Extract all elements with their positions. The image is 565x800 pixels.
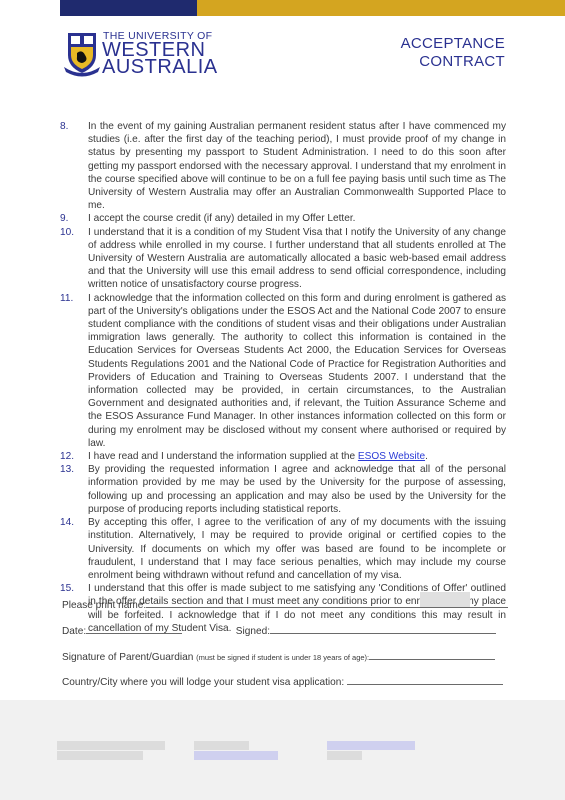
- footer-email: [redacted] [redacted]: [327, 741, 415, 761]
- clause-text: In the event of my gaining Australian pe…: [88, 120, 506, 212]
- guardian-label: Signature of Parent/Guardian: [62, 652, 193, 663]
- visa-lodge-row: Country/City where you will lodge your s…: [62, 674, 503, 688]
- document-title-line2: CONTRACT: [401, 53, 505, 71]
- footer-address-line2: [redacted]: [57, 751, 143, 760]
- signed-label: Signed:: [236, 626, 270, 637]
- clause-10: 10. I understand that it is a condition …: [60, 226, 506, 292]
- signed-field[interactable]: [270, 623, 496, 634]
- clause-text: I acknowledge that the information colle…: [88, 292, 506, 450]
- clause-text: I have read and I understand the informa…: [88, 450, 506, 463]
- clause-text: By providing the requested information I…: [88, 463, 506, 516]
- clause-number: 11.: [60, 292, 88, 305]
- clauses-list: 8. In the event of my gaining Australian…: [60, 120, 506, 635]
- clause-number: 14.: [60, 516, 88, 529]
- date-label: Date:: [62, 626, 86, 637]
- print-name-label: Please print name:: [62, 600, 146, 611]
- clause-text: I accept the course credit (if any) deta…: [88, 212, 506, 225]
- footer-website[interactable]: W [redacted]: [194, 751, 278, 760]
- footer: The University of Western Australia [red…: [0, 700, 565, 800]
- clause-number: 12.: [60, 450, 88, 463]
- visa-lodge-field[interactable]: [347, 674, 503, 685]
- header-gold-bar: [197, 0, 565, 16]
- date-field[interactable]: [86, 623, 182, 634]
- document-title-line1: ACCEPTANCE: [401, 35, 505, 53]
- clause-number: 15.: [60, 582, 88, 595]
- university-crest-icon: [63, 31, 101, 77]
- footer-address-line1: The University of Western Australia: [57, 741, 165, 750]
- redacted-block: [420, 592, 470, 607]
- clause-text: I understand that it is a condition of m…: [88, 226, 506, 292]
- clause-12: 12. I have read and I understand the inf…: [60, 450, 506, 463]
- clause-number: 13.: [60, 463, 88, 476]
- footer-phone: T [redacted]: [194, 741, 249, 750]
- guardian-note: (must be signed if student is under 18 y…: [196, 653, 369, 662]
- footer-address: The University of Western Australia [red…: [57, 741, 165, 761]
- clause-8: 8. In the event of my gaining Australian…: [60, 120, 506, 212]
- footer-email-line1[interactable]: [redacted]: [327, 741, 415, 750]
- clause-number: 8.: [60, 120, 88, 133]
- document-title: ACCEPTANCE CONTRACT: [401, 35, 505, 71]
- esos-website-link[interactable]: ESOS Website: [358, 451, 425, 462]
- footer-contact: T [redacted] W [redacted]: [194, 741, 278, 761]
- clause-number: 10.: [60, 226, 88, 239]
- date-signed-row: Date: Signed:: [62, 623, 496, 637]
- clause-text: By accepting this offer, I agree to the …: [88, 516, 506, 582]
- header-navy-bar: [60, 0, 197, 16]
- clause-14: 14. By accepting this offer, I agree to …: [60, 516, 506, 582]
- guardian-row: Signature of Parent/Guardian (must be si…: [62, 649, 495, 663]
- clause-9: 9. I accept the course credit (if any) d…: [60, 212, 506, 225]
- guardian-signature-field[interactable]: [369, 649, 495, 660]
- clause-13: 13. By providing the requested informati…: [60, 463, 506, 516]
- clause-11: 11. I acknowledge that the information c…: [60, 292, 506, 450]
- clause-number: 9.: [60, 212, 88, 225]
- clause-text-after: .: [425, 451, 428, 462]
- university-name-line3: AUSTRALIA: [102, 58, 218, 76]
- visa-lodge-label: Country/City where you will lodge your s…: [62, 677, 344, 688]
- clause-text-before: I have read and I understand the informa…: [88, 451, 358, 462]
- footer-email-line2: [redacted]: [327, 751, 362, 760]
